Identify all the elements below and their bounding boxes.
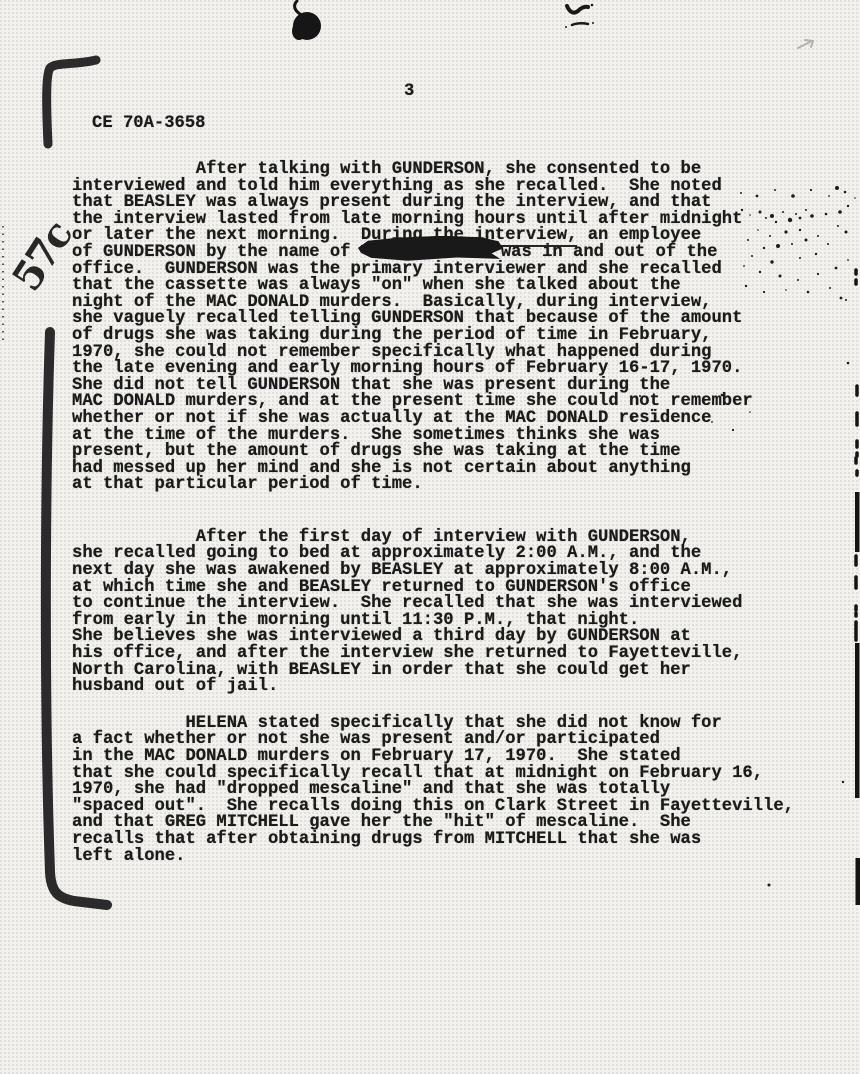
scanned-document-page: 3 CE 70A-3658 After talking with GUNDERS… <box>0 0 860 1074</box>
exhibit-reference: CE 70A-3658 <box>92 116 205 133</box>
paragraph-1-text: was in and out of the office. GUNDERSON … <box>72 243 753 494</box>
ink-blob-mark <box>292 1 321 40</box>
checkmark-icon <box>565 4 594 28</box>
handwritten-margin-code: 57c <box>3 213 82 300</box>
redaction-mark <box>361 246 501 256</box>
document-body: After talking with GUNDERSON, she consen… <box>72 162 832 865</box>
paragraph-2: After the first day of interview with GU… <box>72 530 832 696</box>
paragraph-1: After talking with GUNDERSON, she consen… <box>72 162 832 494</box>
page-number: 3 <box>404 84 414 101</box>
right-edge-artifacts <box>855 270 860 905</box>
handwritten-bracket-top <box>47 60 96 144</box>
faint-arrow-mark <box>798 40 813 48</box>
paragraph-3: HELENA stated specifically that she did … <box>72 716 832 865</box>
